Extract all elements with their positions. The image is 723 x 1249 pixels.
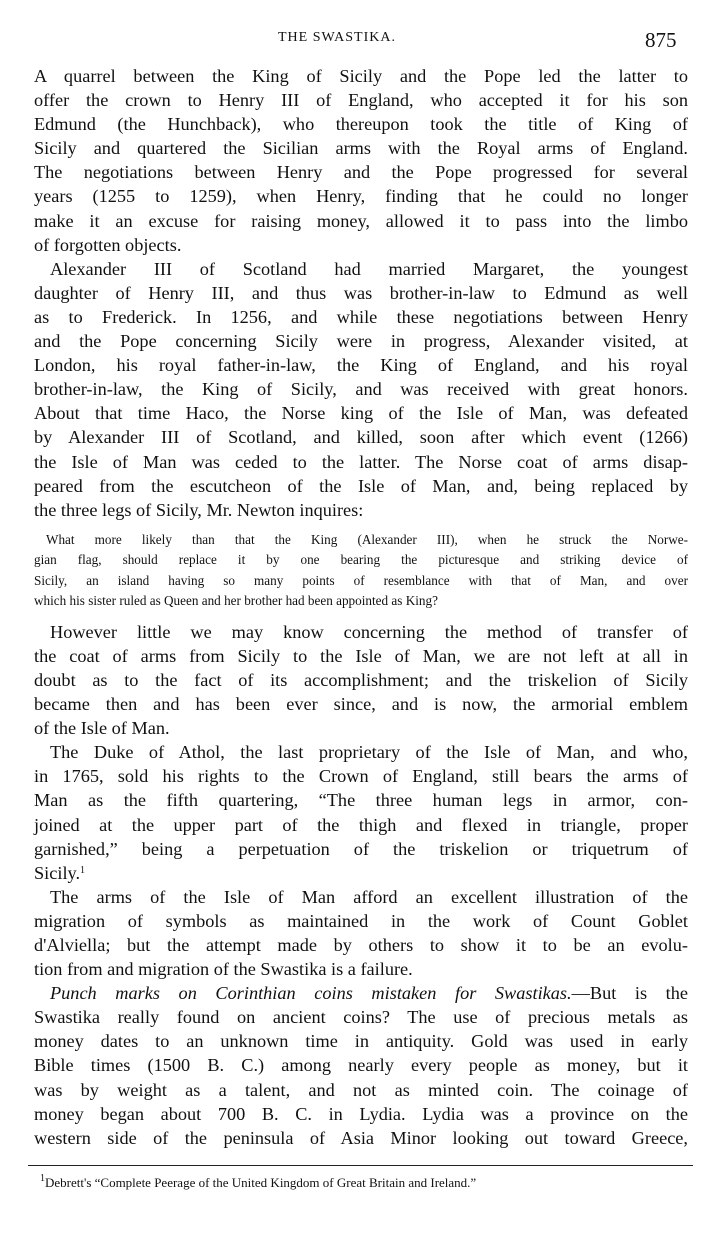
text-line: of the Isle of Man. (34, 716, 688, 740)
block-quote-newton: What more likely than that the King (Ale… (34, 530, 688, 612)
text-line: and the Pope concerning Sicily were in p… (34, 329, 688, 353)
section-punch-marks: Punch marks on Corinthian coins mistaken… (34, 981, 688, 1150)
book-page: THE SWASTIKA. 875 A quarrel between the … (0, 0, 723, 1249)
text-line: Bible times (1500 B. C.) among nearly ev… (34, 1053, 688, 1077)
em-dash: — (572, 983, 590, 1003)
paragraph-alexander: Alexander III of Scotland had married Ma… (34, 257, 688, 522)
footnote-reference[interactable]: 1 (80, 865, 85, 876)
text-line: of forgotten objects. (34, 233, 688, 257)
text-line: Sicily and quartered the Sicilian arms w… (34, 136, 688, 160)
text-line: Alexander III of Scotland had married Ma… (34, 257, 688, 281)
text-line: About that time Haco, the Norse king of … (34, 401, 688, 425)
paragraph-duke-of-athol: The Duke of Athol, the last proprietary … (34, 740, 688, 885)
paragraph-transfer: However little we may know concerning th… (34, 620, 688, 740)
text-line: money began about 700 B. C. in Lydia. Ly… (34, 1102, 688, 1126)
text-line: Man as the fifth quartering, “The three … (34, 788, 688, 812)
text-line: the coat of arms from Sicily to the Isle… (34, 644, 688, 668)
footnote: 1Debrett's “Complete Peerage of the Unit… (40, 1175, 690, 1191)
text-line: A quarrel between the King of Sicily and… (34, 64, 688, 88)
text-line: brother-in-law, the King of Sicily, and … (34, 377, 688, 401)
text-line: peared from the escutcheon of the Isle o… (34, 474, 688, 498)
running-title: THE SWASTIKA. (278, 30, 396, 46)
text-line: The negotiations between Henry and the P… (34, 160, 688, 184)
section-heading-line: Punch marks on Corinthian coins mistaken… (34, 981, 688, 1005)
text-line: the three legs of Sicily, Mr. Newton inq… (34, 498, 688, 522)
page-header: THE SWASTIKA. 875 (0, 28, 723, 52)
text-fragment: But is the (590, 983, 688, 1003)
text-line: the Isle of Man was ceded to the latter.… (34, 450, 688, 474)
text-line: as to Frederick. In 1256, and while thes… (34, 305, 688, 329)
text-line: offer the crown to Henry III of England,… (34, 88, 688, 112)
text-line: migration of symbols as maintained in th… (34, 909, 688, 933)
text-line: However little we may know concerning th… (34, 620, 688, 644)
text-line: Edmund (the Hunchback), who thereupon to… (34, 112, 688, 136)
text-line: in 1765, sold his rights to the Crown of… (34, 764, 688, 788)
text-line: d'Alviella; but the attempt made by othe… (34, 933, 688, 957)
text-line: Swastika really found on ancient coins? … (34, 1005, 688, 1029)
text-line: joined at the upper part of the thigh an… (34, 813, 688, 837)
page-number: 875 (645, 28, 677, 53)
footnote-divider (28, 1165, 693, 1166)
text-line: London, his royal father-in-law, the Kin… (34, 353, 688, 377)
page-body: A quarrel between the King of Sicily and… (34, 64, 688, 1150)
quote-line: Sicily, an island having so many points … (34, 571, 688, 592)
section-heading: Punch marks on Corinthian coins mistaken… (50, 983, 572, 1003)
quote-line: which his sister ruled as Queen and her … (34, 591, 688, 612)
text-line: doubt as to the fact of its accomplishme… (34, 668, 688, 692)
text-line: was by weight as a talent, and not as mi… (34, 1078, 688, 1102)
paragraph-arms-isle-of-man: The arms of the Isle of Man afford an ex… (34, 885, 688, 981)
text-line: money dates to an unknown time in antiqu… (34, 1029, 688, 1053)
quote-line: gian flag, should replace it by one bear… (34, 550, 688, 571)
text-fragment: Sicily. (34, 863, 80, 883)
text-line: daughter of Henry III, and thus was brot… (34, 281, 688, 305)
paragraph-quarrel: A quarrel between the King of Sicily and… (34, 64, 688, 257)
text-line: Sicily.1 (34, 861, 688, 885)
text-line: The Duke of Athol, the last proprietary … (34, 740, 688, 764)
text-line: by Alexander III of Scotland, and killed… (34, 425, 688, 449)
text-line: The arms of the Isle of Man afford an ex… (34, 885, 688, 909)
text-line: garnished,” being a perpetuation of the … (34, 837, 688, 861)
text-line: tion from and migration of the Swastika … (34, 957, 688, 981)
text-line: years (1255 to 1259), when Henry, findin… (34, 184, 688, 208)
text-line: became then and has been ever since, and… (34, 692, 688, 716)
footnote-text: Debrett's “Complete Peerage of the Unite… (45, 1175, 476, 1190)
text-line: western side of the peninsula of Asia Mi… (34, 1126, 688, 1150)
text-line: make it an excuse for raising money, all… (34, 209, 688, 233)
quote-line: What more likely than that the King (Ale… (34, 530, 688, 551)
